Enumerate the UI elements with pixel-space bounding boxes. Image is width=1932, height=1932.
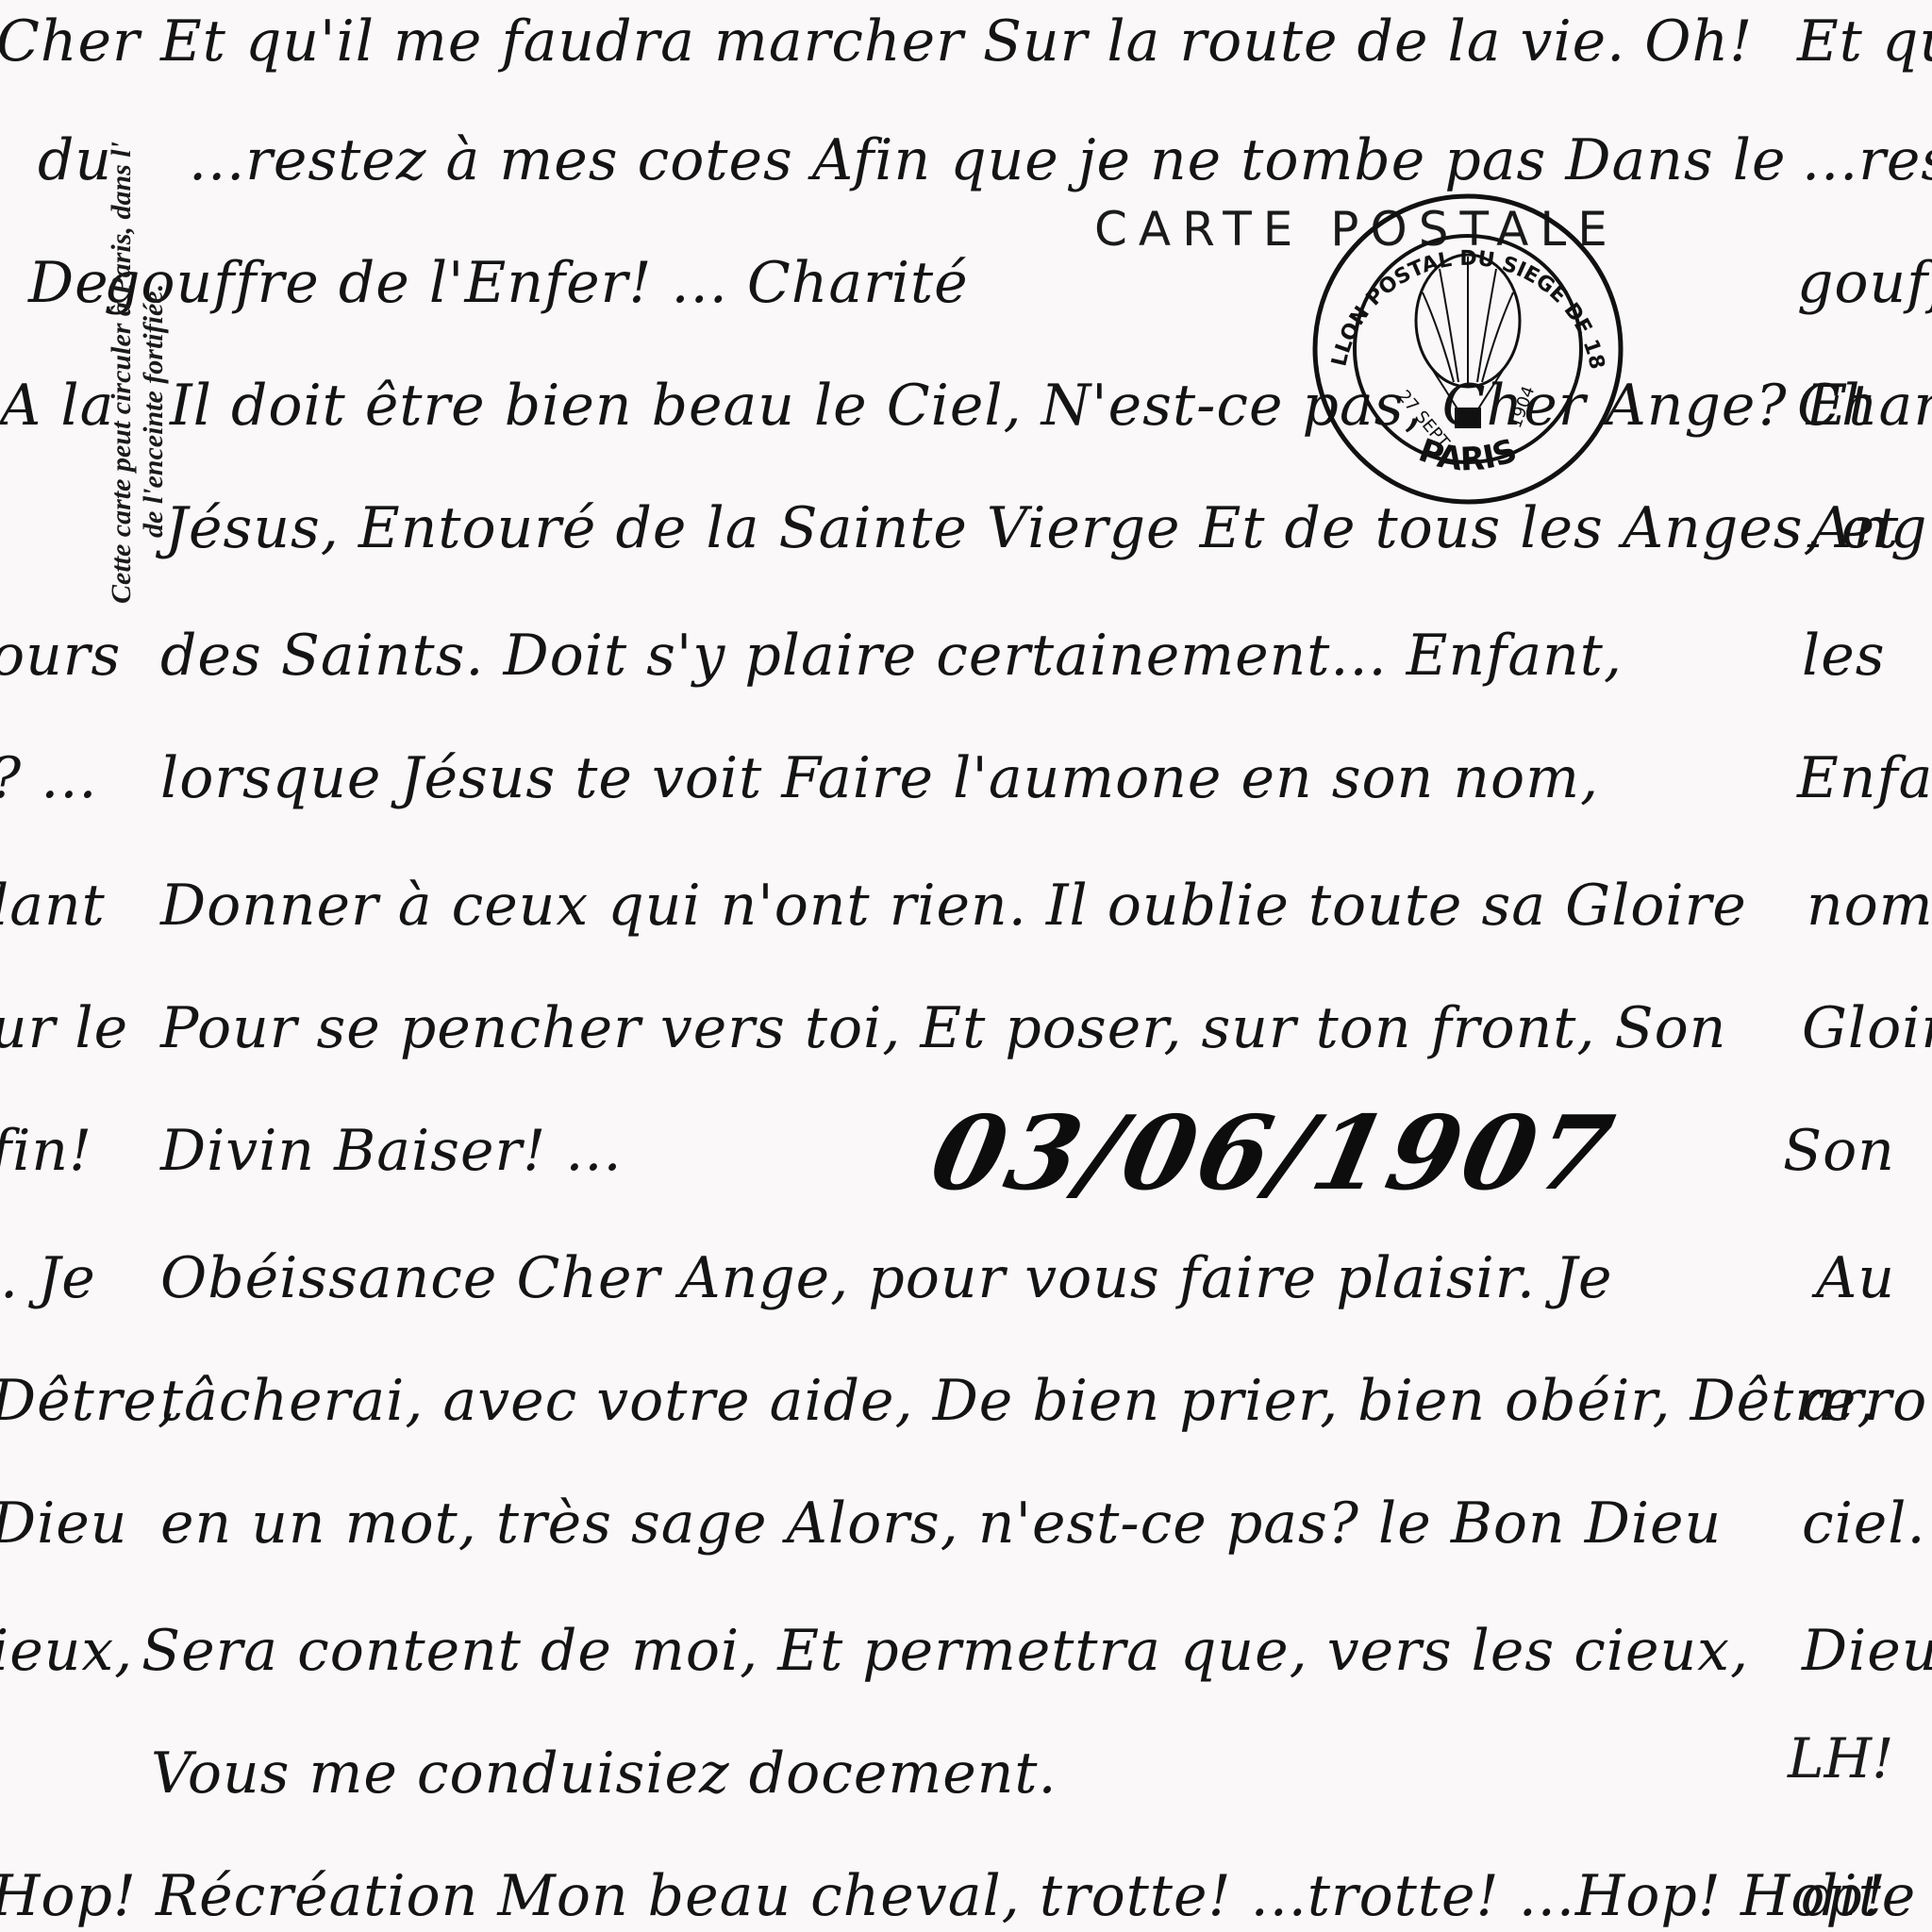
vertical-note-line-2: de l'enceinte fortifiée. xyxy=(138,142,170,604)
line-right-fragment: Au xyxy=(1816,1250,1895,1307)
svg-text:BALLON POSTAL DU SIEGE DE 1870: BALLON POSTAL DU SIEGE DE 1870 xyxy=(1307,189,1608,372)
line-right-fragment: Ang xyxy=(1811,500,1927,557)
line-left-fragment: De xyxy=(28,255,109,311)
line-main-text: Vous me conduisiez docement. xyxy=(151,1745,1058,1802)
line-left-fragment: ieux, xyxy=(0,1623,133,1679)
svg-text:1904: 1904 xyxy=(1506,383,1539,430)
line-left-fragment: ur le xyxy=(0,1000,128,1057)
line-right-fragment: Son xyxy=(1783,1123,1895,1179)
line-main-text: en un mot, très sage Alors, n'est-ce pas… xyxy=(160,1495,1722,1552)
line-main-text: Sera content de moi, Et permettra que, v… xyxy=(142,1623,1749,1679)
line-main-text: Et qu'il me faudra marcher Sur la route … xyxy=(160,13,1753,70)
line-main-text: Pour se pencher vers toi, Et poser, sur … xyxy=(160,1000,1726,1057)
postmark-stamp: BALLON POSTAL DU SIEGE DE 1870 PARIS 27 … xyxy=(1307,189,1628,509)
line-right-fragment: ...res xyxy=(1802,132,1932,189)
vertical-printed-note: Cette carte peut circuler à Paris, dans … xyxy=(106,142,170,604)
line-main-text: ...restez à mes cotes Afin que je ne tom… xyxy=(189,132,1786,189)
line-left-fragment: ours xyxy=(0,627,121,684)
postcard-pattern: Cher Et qu'il me faudra marcher Sur la r… xyxy=(0,0,1932,1932)
line-main-text: Récréation Mon beau cheval, trotte! ...t… xyxy=(156,1868,1887,1924)
line-left-fragment: Dieu xyxy=(0,1495,127,1552)
line-main-text: lorsque Jésus te voit Faire l'aumone en … xyxy=(160,750,1599,807)
line-right-fragment: Gloir xyxy=(1802,1000,1932,1057)
line-left-fragment: . Je xyxy=(0,1250,96,1307)
line-right-fragment: dite xyxy=(1802,1868,1916,1924)
line-right-fragment: Enfa xyxy=(1797,750,1932,807)
line-left-fragment: Hop! xyxy=(0,1868,137,1924)
line-left-fragment: A la xyxy=(0,377,114,434)
line-main-text: Jésus, Entouré de la Sainte Vierge Et de… xyxy=(165,500,1899,557)
postcard-date: 03/06/1907 xyxy=(922,1094,1626,1213)
line-main-text: Divin Baiser! ... xyxy=(160,1123,623,1179)
line-main-text: gouffre de l'Enfer! ... Charité xyxy=(104,255,969,311)
line-main-text: Obéissance Cher Ange, pour vous faire pl… xyxy=(160,1250,1613,1307)
signature: LH! xyxy=(1788,1726,1893,1790)
line-left-fragment: Dêtre, xyxy=(0,1373,176,1429)
line-main-text: Donner à ceux qui n'ont rien. Il oublie … xyxy=(160,877,1747,934)
line-right-fragment: ciel. xyxy=(1802,1495,1926,1552)
line-main-text: tâcherai, avec votre aide, De bien prier… xyxy=(160,1373,1876,1429)
hot-air-balloon-icon: BALLON POSTAL DU SIEGE DE 1870 PARIS 27 … xyxy=(1307,189,1628,509)
line-left-fragment: ? ... xyxy=(0,750,97,807)
vertical-note-line-1: Cette carte peut circuler à Paris, dans … xyxy=(106,142,138,604)
line-right-fragment: arro xyxy=(1802,1373,1927,1429)
line-left-fragment: fin! xyxy=(0,1123,92,1179)
line-left-fragment: du xyxy=(38,132,112,189)
line-right-fragment: gouff xyxy=(1797,255,1932,311)
line-right-fragment: nom xyxy=(1807,877,1932,934)
line-left-fragment: lant xyxy=(0,877,106,934)
line-right-fragment: les xyxy=(1802,627,1886,684)
line-right-fragment: Et qu xyxy=(1797,13,1932,70)
line-left-fragment: Cher xyxy=(0,13,141,70)
line-right-fragment: Dieu xyxy=(1802,1623,1932,1679)
line-right-fragment: Char xyxy=(1797,377,1932,434)
line-main-text: des Saints. Doit s'y plaire certainement… xyxy=(160,627,1623,684)
